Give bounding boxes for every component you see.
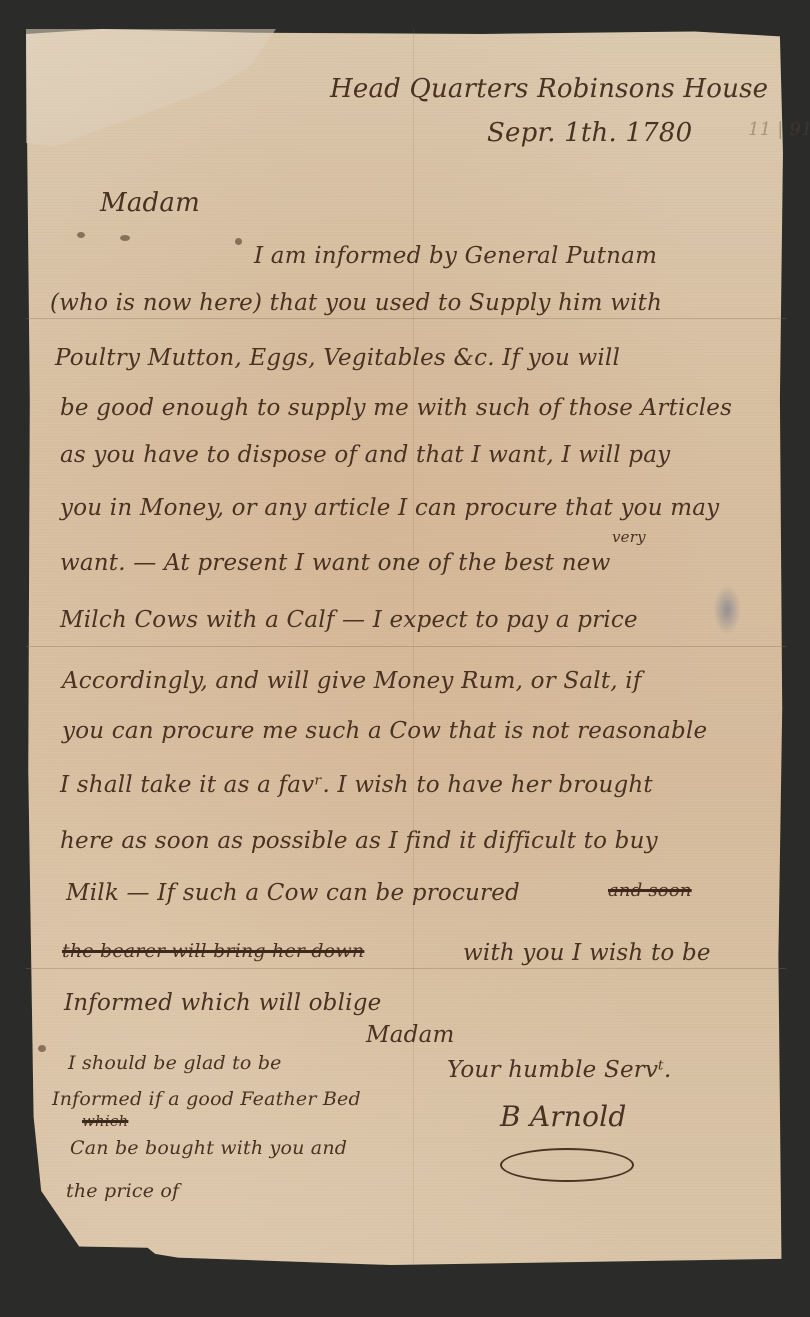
body-line-4: be good enough to supply me with such of… (60, 395, 732, 421)
body-line-8: Milch Cows with a Calf — I expect to pay… (60, 607, 638, 633)
body-line-11: I shall take it as a favʳ. I wish to hav… (60, 772, 653, 798)
body-line-13: Milk — If such a Cow can be procured (66, 880, 520, 906)
ink-blot (38, 1045, 46, 1052)
interlinear-insert: very (612, 528, 646, 546)
body-line-10: you can procure me such a Cow that is no… (62, 718, 707, 744)
struck-text-1: and soon (608, 880, 692, 901)
postscript-line-3: Can be bought with you and (70, 1137, 347, 1159)
body-line-12: here as soon as possible as I find it di… (60, 828, 658, 854)
margin-bleed-through: 11 | 91 (748, 112, 810, 148)
letter-date: Sepr. 1th. 1780 (487, 118, 692, 148)
signature-flourish (500, 1148, 634, 1182)
struck-text-2: the bearer will bring her down (62, 940, 364, 962)
fold-line-vertical (413, 29, 414, 1265)
signature: B Arnold (500, 1100, 626, 1133)
letter-place: Head Quarters Robinsons House (330, 74, 768, 104)
salutation: Madam (100, 188, 200, 218)
body-line-3: Poultry Mutton, Eggs, Vegitables &c. If … (55, 345, 620, 371)
body-line-9: Accordingly, and will give Money Rum, or… (62, 668, 642, 694)
ink-stain (713, 585, 741, 635)
body-line-14: with you I wish to be (463, 940, 711, 966)
postscript-line-2: Informed if a good Feather Bed (52, 1088, 361, 1110)
ink-blot (120, 235, 130, 241)
postscript-line-1: I should be glad to be (68, 1052, 282, 1074)
postscript-struck-word: which (82, 1112, 128, 1130)
postscript-line-4: the price of (66, 1180, 179, 1202)
body-line-2: (who is now here) that you used to Suppl… (50, 290, 662, 316)
ink-blot (235, 238, 242, 245)
body-line-7: want. — At present I want one of the bes… (60, 550, 610, 576)
body-line-6: you in Money, or any article I can procu… (60, 495, 719, 521)
valediction: Your humble Servᵗ. (447, 1057, 672, 1083)
closing-salutation: Madam (366, 1022, 455, 1048)
ink-blot (77, 232, 85, 238)
body-line-1: I am informed by General Putnam (254, 243, 657, 269)
body-line-5: as you have to dispose of and that I wan… (60, 442, 670, 468)
fold-line (26, 968, 786, 969)
fold-line (26, 318, 786, 319)
fold-line (26, 646, 786, 647)
body-line-15: Informed which will oblige (64, 990, 381, 1016)
